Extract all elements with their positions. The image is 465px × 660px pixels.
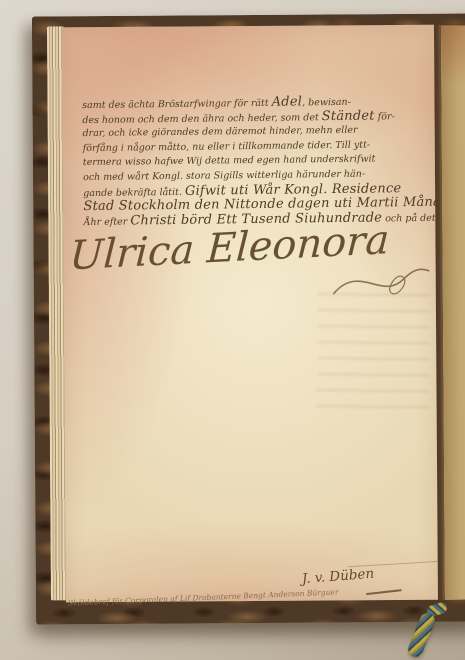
manuscript-segment: gande bekräfta låtit. [83,186,185,198]
manuscript-text: samt des ächta Bröstarfwingar för rätt A… [82,94,422,229]
ink-show-through [317,293,430,412]
manuscript-segment: Adel [272,94,303,109]
manuscript-segment: Åhr efter [84,216,131,228]
manuscript-segment: för- [375,111,395,122]
manuscript-page: samt des ächta Bröstarfwingar för rätt A… [62,25,438,603]
scanned-manuscript-page: samt des ächta Bröstarfwingar för rätt A… [0,0,465,660]
secretary-signature: J. v. Düben [301,566,374,588]
manuscript-segment: samt des ächta Bröstarfwingar för rätt [82,98,272,111]
manuscript-segment: des honom och dem den ähra och heder, so… [82,112,322,126]
manuscript-segment: Ständet [322,108,375,124]
manuscript-segment: förfång i någor måtto, nu eller i tillko… [83,139,370,154]
manuscript-segment: , bewisan- [302,97,351,109]
manuscript-segment: drar, och icke giörandes dem däremot hin… [82,125,357,139]
manuscript-segment: termera wisso hafwe Wij detta med egen h… [83,154,376,169]
facing-page-edge [441,25,465,599]
archive-note: Sköldebref för Corporalen af Lif Drabant… [68,586,378,608]
book: samt des ächta Bröstarfwingar för rätt A… [32,13,465,624]
